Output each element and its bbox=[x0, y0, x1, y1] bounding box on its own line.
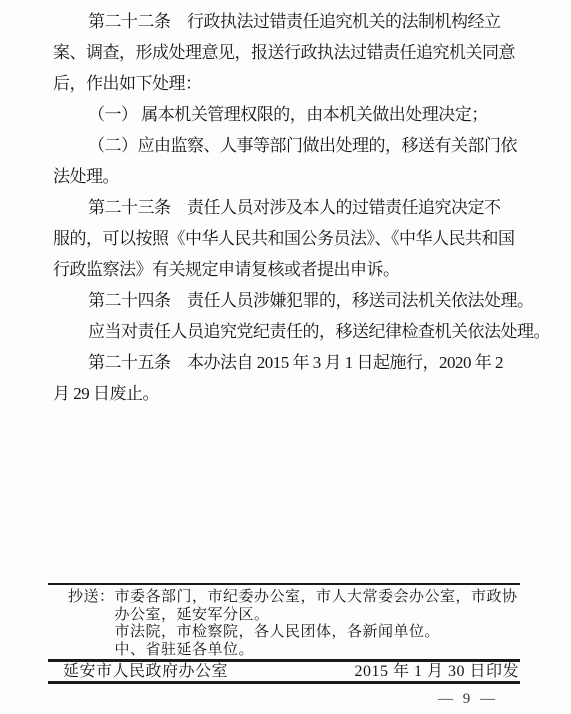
publisher-bottom-rule bbox=[48, 681, 520, 684]
document-body: 第二十二条 行政执法过错责任追究机关的法制机构经立 案、调查，形成处理意见，报送… bbox=[53, 6, 523, 409]
cc-line: 办公室，延安军分区。 bbox=[115, 607, 520, 625]
publisher-top-rule bbox=[48, 659, 520, 662]
body-line: 月 29 日废止。 bbox=[53, 378, 523, 409]
body-line: 案、调查，形成处理意见，报送行政执法过错责任追究机关同意 bbox=[53, 37, 523, 68]
cc-line: 市委各部门，市纪委办公室，市人大常委会办公室，市政协 bbox=[115, 589, 520, 607]
cc-label: 抄送： bbox=[68, 589, 115, 659]
cc-block: 抄送： 市委各部门，市纪委办公室，市人大常委会办公室，市政协 办公室，延安军分区… bbox=[68, 589, 520, 659]
body-line: （一） 属本机关管理权限的，由本机关做出处理决定； bbox=[53, 99, 523, 130]
document-page: 第二十二条 行政执法过错责任追究机关的法制机构经立 案、调查，形成处理意见，报送… bbox=[0, 0, 571, 714]
cc-line: 市法院，市检察院，各人民团体，各新闻单位。 bbox=[115, 624, 520, 642]
body-line: 后，作出如下处理： bbox=[53, 68, 523, 99]
body-line: 行政监察法》有关规定申请复核或者提出申诉。 bbox=[53, 254, 523, 285]
body-line: 第二十四条 责任人员涉嫌犯罪的，移送司法机关依法处理。 bbox=[53, 285, 523, 316]
body-line: 第二十三条 责任人员对涉及本人的过错责任追究决定不 bbox=[53, 192, 523, 223]
body-line: 第二十五条 本办法自 2015 年 3 月 1 日起施行，2020 年 2 bbox=[53, 347, 523, 378]
cc-lines: 市委各部门，市纪委办公室，市人大常委会办公室，市政协 办公室，延安军分区。 市法… bbox=[115, 589, 520, 659]
issuer-name: 延安市人民政府办公室 bbox=[63, 663, 228, 680]
publisher-row: 延安市人民政府办公室 2015 年 1 月 30 日印发 bbox=[63, 663, 519, 680]
body-line: 应当对责任人员追究党纪责任的，移送纪律检查机关依法处理。 bbox=[53, 316, 523, 347]
body-line: 服的，可以按照《中华人民共和国公务员法》、《中华人民共和国 bbox=[53, 223, 523, 254]
body-line: 法处理。 bbox=[53, 161, 523, 192]
body-line: 第二十二条 行政执法过错责任追究机关的法制机构经立 bbox=[53, 6, 523, 37]
page-number: — 9 — bbox=[438, 691, 498, 708]
print-date: 2015 年 1 月 30 日印发 bbox=[354, 663, 519, 680]
footer-top-rule bbox=[48, 583, 520, 585]
cc-line: 中、省驻延各单位。 bbox=[115, 642, 520, 660]
body-line: （二）应由监察、人事等部门做出处理的，移送有关部门依 bbox=[53, 130, 523, 161]
